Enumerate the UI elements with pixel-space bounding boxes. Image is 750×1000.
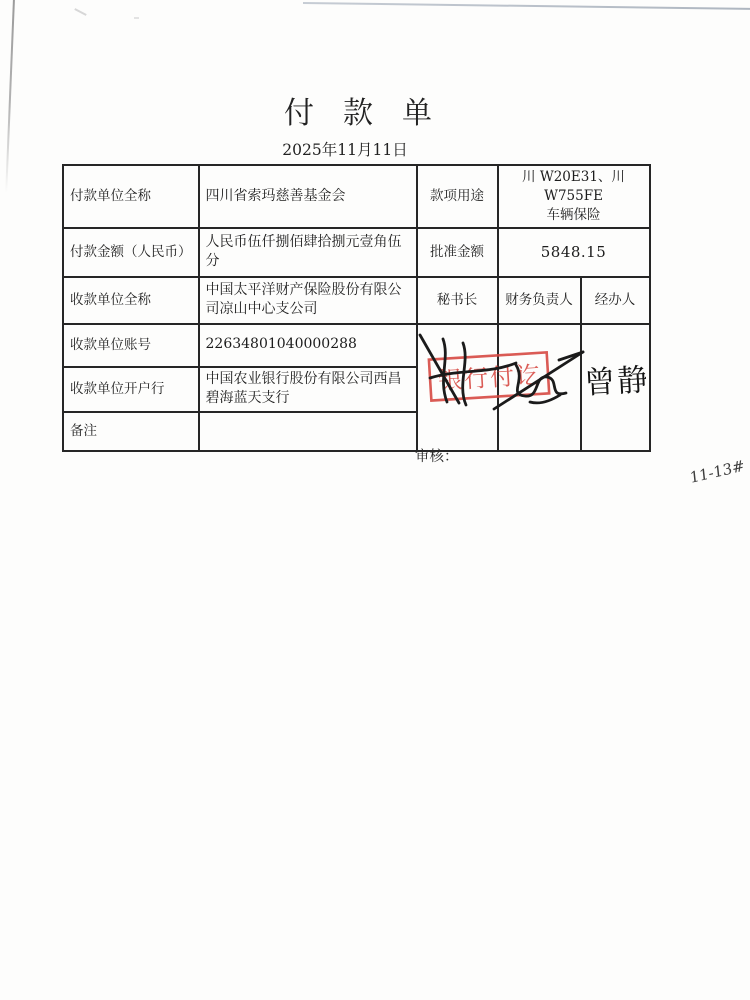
signature-overlay: 银行付讫 曾静 (413, 313, 646, 436)
scan-speck (74, 8, 86, 16)
bank-label: 收款单位开户行 (63, 367, 199, 412)
document-date: 2025年11月11日 (53, 138, 637, 160)
purpose-value: 川 W20E31、川 W755FE 车辆保险 (498, 165, 650, 228)
payer-value: 四川省索玛慈善基金会 (199, 165, 417, 228)
remarks-value (199, 412, 417, 451)
remarks-label: 备注 (63, 412, 199, 451)
scan-speck (134, 17, 139, 19)
amount-label: 付款金额（人民币） (63, 228, 199, 277)
payer-label: 付款单位全称 (63, 165, 199, 228)
table-row: 付款单位全称 四川省索玛慈善基金会 款项用途 川 W20E31、川 W755FE… (63, 165, 650, 228)
payee-value: 中国太平洋财产保险股份有限公司凉山中心支公司 (199, 277, 417, 324)
scanned-payment-voucher: 付款单 2025年11月11日 付款单位全称 四川省索玛慈善基金会 款项用途 川… (0, 0, 750, 1000)
approved-amount-value: 5848.15 (498, 228, 650, 277)
review-label: 审核： (415, 445, 459, 466)
bank-value: 中国农业银行股份有限公司西昌碧海蓝天支行 (199, 367, 417, 412)
account-label: 收款单位账号 (63, 324, 199, 367)
handwritten-note: 11-13# (689, 456, 745, 487)
approved-amount-label: 批准金额 (417, 228, 498, 277)
purpose-label: 款项用途 (417, 165, 498, 228)
payee-label: 收款单位全称 (63, 277, 199, 324)
table-row: 付款金额（人民币） 人民币伍仟捌佰肆拾捌元壹角伍分 批准金额 5848.15 (63, 228, 650, 277)
scan-edge-top (303, 2, 750, 10)
amount-in-words: 人民币伍仟捌佰肆拾捌元壹角伍分 (199, 228, 417, 277)
handler-signature: 曾静 (583, 362, 646, 401)
scan-edge-left (5, 0, 15, 193)
page-title: 付款单 (284, 88, 461, 132)
account-number-value: 22634801040000288 (199, 324, 417, 367)
